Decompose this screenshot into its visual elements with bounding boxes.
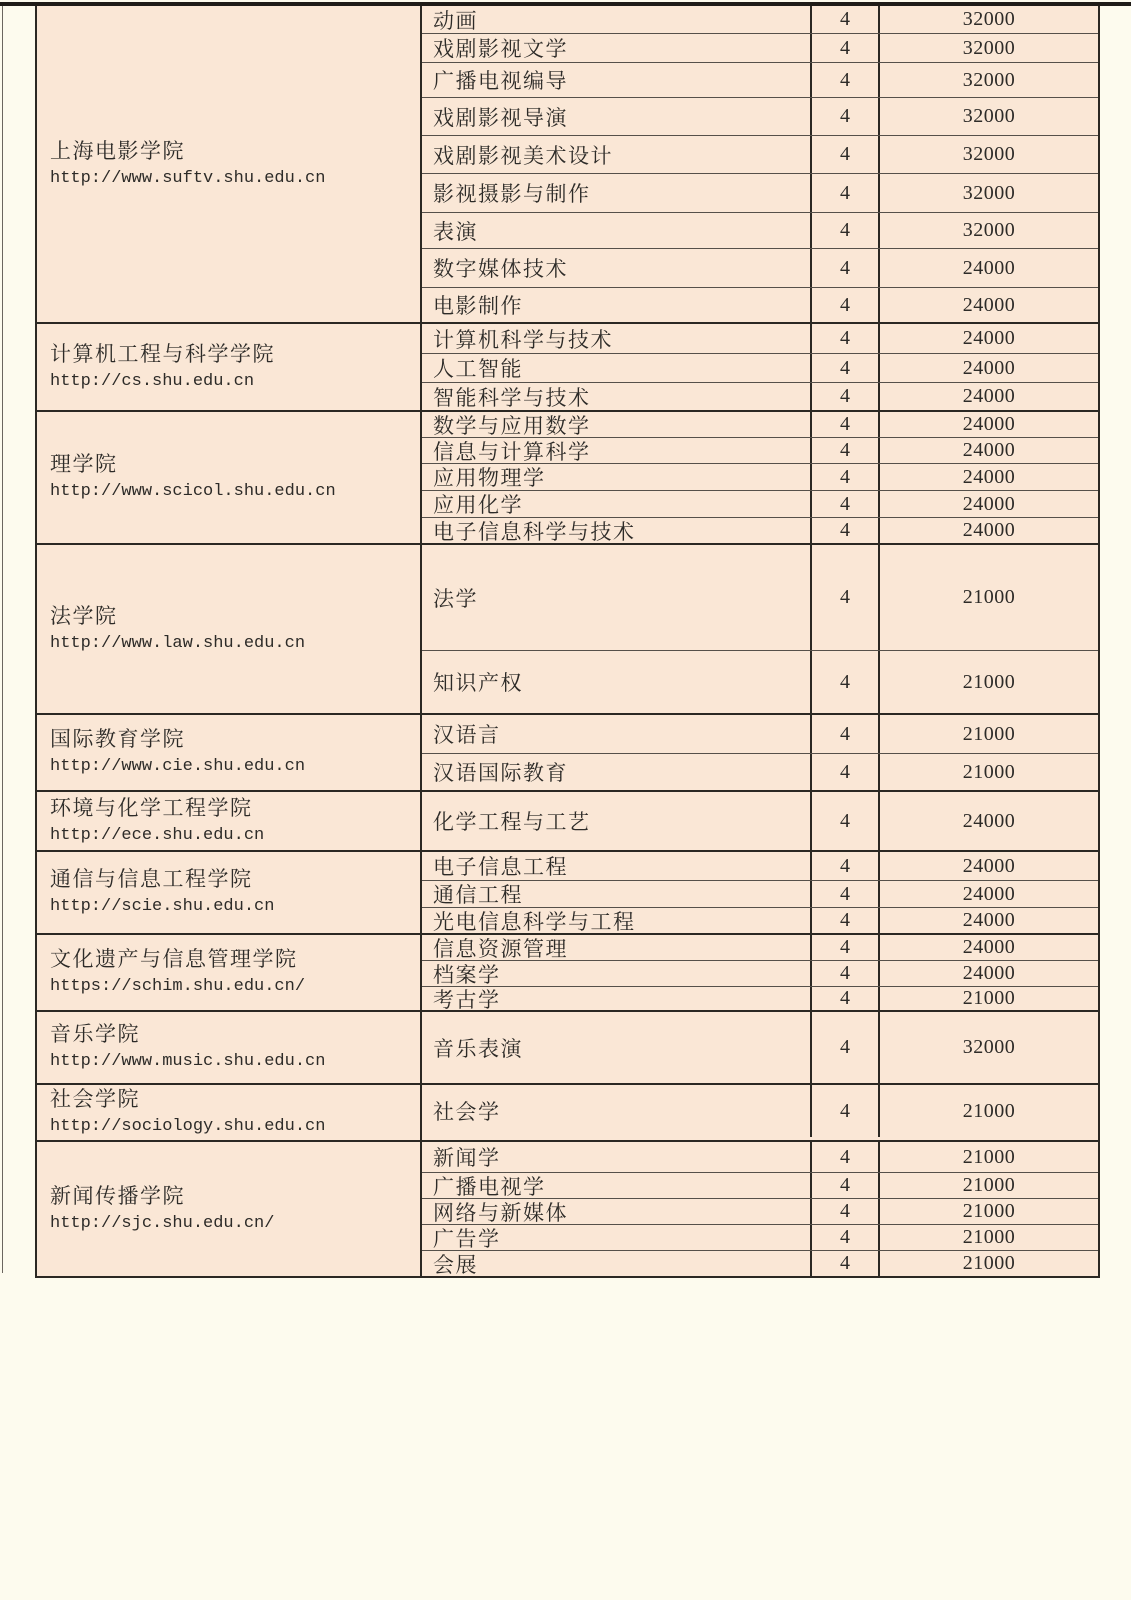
college-url-link[interactable]: http://sjc.shu.edu.cn/ bbox=[50, 1210, 414, 1237]
college-section: 社会学院http://sociology.shu.edu.cn社会学421000 bbox=[37, 1083, 1098, 1140]
major-rows: 汉语言421000汉语国际教育421000 bbox=[422, 715, 1098, 790]
fee-cell: 24000 bbox=[880, 438, 1098, 463]
duration-cell: 4 bbox=[812, 1251, 880, 1276]
college-name: 音乐学院 bbox=[50, 1020, 414, 1048]
duration-cell: 4 bbox=[812, 754, 880, 790]
fee-cell: 24000 bbox=[880, 324, 1098, 353]
duration-cell: 4 bbox=[812, 715, 880, 753]
major-row: 汉语国际教育421000 bbox=[422, 753, 1098, 790]
major-row: 会展421000 bbox=[422, 1250, 1098, 1276]
college-name: 理学院 bbox=[50, 450, 414, 478]
major-name-cell: 影视摄影与制作 bbox=[422, 174, 812, 212]
major-row: 光电信息科学与工程424000 bbox=[422, 907, 1098, 933]
fee-cell: 32000 bbox=[880, 1012, 1098, 1083]
major-rows: 电子信息工程424000通信工程424000光电信息科学与工程424000 bbox=[422, 852, 1098, 933]
major-rows: 化学工程与工艺424000 bbox=[422, 792, 1098, 850]
major-row: 电子信息科学与技术424000 bbox=[422, 517, 1098, 543]
college-section: 理学院http://www.scicol.shu.edu.cn数学与应用数学42… bbox=[37, 410, 1098, 543]
major-name-cell: 考古学 bbox=[422, 987, 812, 1010]
duration-cell: 4 bbox=[812, 6, 880, 33]
duration-cell: 4 bbox=[812, 438, 880, 463]
fee-cell: 32000 bbox=[880, 136, 1098, 173]
fee-cell: 24000 bbox=[880, 383, 1098, 410]
fee-cell: 24000 bbox=[880, 464, 1098, 490]
major-row: 应用化学424000 bbox=[422, 490, 1098, 517]
major-row: 广播电视学421000 bbox=[422, 1172, 1098, 1198]
major-name-cell: 应用化学 bbox=[422, 491, 812, 517]
college-url-link[interactable]: http://ece.shu.edu.cn bbox=[50, 822, 414, 849]
college-url-link[interactable]: http://cs.shu.edu.cn bbox=[50, 368, 414, 395]
major-row: 社会学421000 bbox=[422, 1085, 1098, 1137]
major-row: 智能科学与技术424000 bbox=[422, 382, 1098, 410]
college-name: 环境与化学工程学院 bbox=[50, 794, 414, 822]
duration-cell: 4 bbox=[812, 852, 880, 880]
fee-cell: 21000 bbox=[880, 1142, 1098, 1172]
duration-cell: 4 bbox=[812, 1142, 880, 1172]
duration-cell: 4 bbox=[812, 792, 880, 850]
fee-cell: 32000 bbox=[880, 98, 1098, 135]
fee-cell: 21000 bbox=[880, 754, 1098, 790]
duration-cell: 4 bbox=[812, 249, 880, 287]
duration-cell: 4 bbox=[812, 464, 880, 490]
college-name: 国际教育学院 bbox=[50, 725, 414, 753]
college-cell: 国际教育学院http://www.cie.shu.edu.cn bbox=[37, 715, 422, 790]
duration-cell: 4 bbox=[812, 1012, 880, 1083]
duration-cell: 4 bbox=[812, 1085, 880, 1137]
duration-cell: 4 bbox=[812, 491, 880, 517]
fee-cell: 24000 bbox=[880, 249, 1098, 287]
college-name: 文化遗产与信息管理学院 bbox=[50, 945, 414, 973]
major-rows: 新闻学421000广播电视学421000网络与新媒体421000广告学42100… bbox=[422, 1142, 1098, 1276]
page-left-edge-line bbox=[2, 6, 3, 1273]
fee-cell: 21000 bbox=[880, 1199, 1098, 1224]
major-row: 数学与应用数学424000 bbox=[422, 412, 1098, 437]
major-row: 通信工程424000 bbox=[422, 880, 1098, 907]
major-name-cell: 汉语言 bbox=[422, 715, 812, 753]
duration-cell: 4 bbox=[812, 354, 880, 382]
fee-cell: 24000 bbox=[880, 518, 1098, 543]
college-url-link[interactable]: http://www.suftv.shu.edu.cn bbox=[50, 165, 414, 192]
major-row: 戏剧影视文学432000 bbox=[422, 33, 1098, 62]
major-name-cell: 广播电视学 bbox=[422, 1173, 812, 1198]
fee-cell: 24000 bbox=[880, 881, 1098, 907]
major-rows: 音乐表演432000 bbox=[422, 1012, 1098, 1083]
college-section: 通信与信息工程学院http://scie.shu.edu.cn电子信息工程424… bbox=[37, 850, 1098, 933]
major-name-cell: 数字媒体技术 bbox=[422, 249, 812, 287]
major-row: 法学421000 bbox=[422, 545, 1098, 650]
fee-cell: 32000 bbox=[880, 174, 1098, 212]
major-name-cell: 电影制作 bbox=[422, 288, 812, 322]
fee-cell: 21000 bbox=[880, 545, 1098, 650]
college-section: 文化遗产与信息管理学院https://schim.shu.edu.cn/信息资源… bbox=[37, 933, 1098, 1010]
duration-cell: 4 bbox=[812, 545, 880, 650]
duration-cell: 4 bbox=[812, 935, 880, 960]
fee-cell: 24000 bbox=[880, 412, 1098, 437]
college-url-link[interactable]: http://scie.shu.edu.cn bbox=[50, 893, 414, 920]
major-name-cell: 表演 bbox=[422, 213, 812, 248]
fee-cell: 24000 bbox=[880, 908, 1098, 933]
duration-cell: 4 bbox=[812, 34, 880, 62]
major-row: 人工智能424000 bbox=[422, 353, 1098, 382]
major-name-cell: 电子信息科学与技术 bbox=[422, 518, 812, 543]
duration-cell: 4 bbox=[812, 288, 880, 322]
fee-cell: 32000 bbox=[880, 63, 1098, 97]
major-row: 广播电视编导432000 bbox=[422, 62, 1098, 97]
major-row: 电子信息工程424000 bbox=[422, 852, 1098, 880]
fee-cell: 32000 bbox=[880, 6, 1098, 33]
major-row: 应用物理学424000 bbox=[422, 463, 1098, 490]
major-rows: 社会学421000 bbox=[422, 1085, 1098, 1140]
duration-cell: 4 bbox=[812, 174, 880, 212]
major-row: 电影制作424000 bbox=[422, 287, 1098, 322]
major-name-cell: 人工智能 bbox=[422, 354, 812, 382]
fee-cell: 24000 bbox=[880, 961, 1098, 986]
major-row: 动画432000 bbox=[422, 6, 1098, 33]
major-rows: 数学与应用数学424000信息与计算科学424000应用物理学424000应用化… bbox=[422, 412, 1098, 543]
duration-cell: 4 bbox=[812, 987, 880, 1010]
major-name-cell: 档案学 bbox=[422, 961, 812, 986]
college-section: 法学院http://www.law.shu.edu.cn法学421000知识产权… bbox=[37, 543, 1098, 713]
college-url-link[interactable]: http://www.law.shu.edu.cn bbox=[50, 630, 414, 657]
major-rows: 法学421000知识产权421000 bbox=[422, 545, 1098, 713]
major-name-cell: 广告学 bbox=[422, 1225, 812, 1250]
fee-cell: 21000 bbox=[880, 651, 1098, 713]
college-name: 通信与信息工程学院 bbox=[50, 865, 414, 893]
major-name-cell: 网络与新媒体 bbox=[422, 1199, 812, 1224]
college-section: 国际教育学院http://www.cie.shu.edu.cn汉语言421000… bbox=[37, 713, 1098, 790]
college-name: 法学院 bbox=[50, 602, 414, 630]
major-row: 信息与计算科学424000 bbox=[422, 437, 1098, 463]
college-name: 计算机工程与科学学院 bbox=[50, 340, 414, 368]
major-row: 汉语言421000 bbox=[422, 715, 1098, 753]
major-name-cell: 电子信息工程 bbox=[422, 852, 812, 880]
fee-cell: 24000 bbox=[880, 792, 1098, 850]
major-name-cell: 法学 bbox=[422, 545, 812, 650]
fee-cell: 24000 bbox=[880, 935, 1098, 960]
major-name-cell: 戏剧影视美术设计 bbox=[422, 136, 812, 173]
college-url-link[interactable]: http://www.cie.shu.edu.cn bbox=[50, 753, 414, 780]
college-section: 上海电影学院http://www.suftv.shu.edu.cn动画43200… bbox=[37, 6, 1098, 322]
duration-cell: 4 bbox=[812, 961, 880, 986]
major-name-cell: 化学工程与工艺 bbox=[422, 792, 812, 850]
duration-cell: 4 bbox=[812, 651, 880, 713]
fee-cell: 24000 bbox=[880, 852, 1098, 880]
major-name-cell: 信息与计算科学 bbox=[422, 438, 812, 463]
major-row: 音乐表演432000 bbox=[422, 1012, 1098, 1083]
major-row: 知识产权421000 bbox=[422, 650, 1098, 713]
fee-cell: 21000 bbox=[880, 1173, 1098, 1198]
duration-cell: 4 bbox=[812, 1173, 880, 1198]
major-name-cell: 计算机科学与技术 bbox=[422, 324, 812, 353]
major-row: 信息资源管理424000 bbox=[422, 935, 1098, 960]
college-section: 计算机工程与科学学院http://cs.shu.edu.cn计算机科学与技术42… bbox=[37, 322, 1098, 410]
fee-cell: 24000 bbox=[880, 288, 1098, 322]
duration-cell: 4 bbox=[812, 908, 880, 933]
major-name-cell: 汉语国际教育 bbox=[422, 754, 812, 790]
college-url-link[interactable]: http://sociology.shu.edu.cn bbox=[50, 1113, 414, 1140]
college-section: 音乐学院http://www.music.shu.edu.cn音乐表演43200… bbox=[37, 1010, 1098, 1083]
major-row: 影视摄影与制作432000 bbox=[422, 173, 1098, 212]
duration-cell: 4 bbox=[812, 136, 880, 173]
major-name-cell: 数学与应用数学 bbox=[422, 412, 812, 437]
major-rows: 信息资源管理424000档案学424000考古学421000 bbox=[422, 935, 1098, 1010]
college-cell: 文化遗产与信息管理学院https://schim.shu.edu.cn/ bbox=[37, 935, 422, 1010]
college-name: 社会学院 bbox=[50, 1085, 414, 1113]
tuition-table: 上海电影学院http://www.suftv.shu.edu.cn动画43200… bbox=[35, 6, 1100, 1278]
college-name: 上海电影学院 bbox=[50, 137, 414, 165]
major-name-cell: 动画 bbox=[422, 6, 812, 33]
duration-cell: 4 bbox=[812, 1199, 880, 1224]
major-name-cell: 通信工程 bbox=[422, 881, 812, 907]
major-name-cell: 光电信息科学与工程 bbox=[422, 908, 812, 933]
fee-cell: 21000 bbox=[880, 715, 1098, 753]
major-name-cell: 智能科学与技术 bbox=[422, 383, 812, 410]
college-cell: 上海电影学院http://www.suftv.shu.edu.cn bbox=[37, 6, 422, 322]
major-row: 计算机科学与技术424000 bbox=[422, 324, 1098, 353]
college-url-link[interactable]: http://www.scicol.shu.edu.cn bbox=[50, 478, 414, 505]
fee-cell: 24000 bbox=[880, 354, 1098, 382]
major-row: 数字媒体技术424000 bbox=[422, 248, 1098, 287]
fee-cell: 32000 bbox=[880, 34, 1098, 62]
duration-cell: 4 bbox=[812, 1225, 880, 1250]
college-cell: 计算机工程与科学学院http://cs.shu.edu.cn bbox=[37, 324, 422, 410]
major-name-cell: 会展 bbox=[422, 1251, 812, 1276]
major-name-cell: 戏剧影视导演 bbox=[422, 98, 812, 135]
fee-cell: 24000 bbox=[880, 491, 1098, 517]
duration-cell: 4 bbox=[812, 98, 880, 135]
fee-cell: 21000 bbox=[880, 1085, 1098, 1137]
major-rows: 计算机科学与技术424000人工智能424000智能科学与技术424000 bbox=[422, 324, 1098, 410]
college-cell: 通信与信息工程学院http://scie.shu.edu.cn bbox=[37, 852, 422, 933]
major-row: 新闻学421000 bbox=[422, 1142, 1098, 1172]
major-row: 档案学424000 bbox=[422, 960, 1098, 986]
major-name-cell: 音乐表演 bbox=[422, 1012, 812, 1083]
college-url-link[interactable]: https://schim.shu.edu.cn/ bbox=[50, 973, 414, 1000]
college-cell: 社会学院http://sociology.shu.edu.cn bbox=[37, 1085, 422, 1140]
major-row: 表演432000 bbox=[422, 212, 1098, 248]
fee-cell: 21000 bbox=[880, 1251, 1098, 1276]
major-name-cell: 信息资源管理 bbox=[422, 935, 812, 960]
major-name-cell: 广播电视编导 bbox=[422, 63, 812, 97]
college-section: 环境与化学工程学院http://ece.shu.edu.cn化学工程与工艺424… bbox=[37, 790, 1098, 850]
duration-cell: 4 bbox=[812, 881, 880, 907]
college-cell: 音乐学院http://www.music.shu.edu.cn bbox=[37, 1012, 422, 1083]
duration-cell: 4 bbox=[812, 324, 880, 353]
duration-cell: 4 bbox=[812, 213, 880, 248]
major-name-cell: 知识产权 bbox=[422, 651, 812, 713]
duration-cell: 4 bbox=[812, 518, 880, 543]
major-rows: 动画432000戏剧影视文学432000广播电视编导432000戏剧影视导演43… bbox=[422, 6, 1098, 322]
duration-cell: 4 bbox=[812, 383, 880, 410]
major-name-cell: 应用物理学 bbox=[422, 464, 812, 490]
duration-cell: 4 bbox=[812, 412, 880, 437]
fee-cell: 32000 bbox=[880, 213, 1098, 248]
fee-cell: 21000 bbox=[880, 1225, 1098, 1250]
college-cell: 理学院http://www.scicol.shu.edu.cn bbox=[37, 412, 422, 543]
college-cell: 新闻传播学院http://sjc.shu.edu.cn/ bbox=[37, 1142, 422, 1276]
duration-cell: 4 bbox=[812, 63, 880, 97]
major-row: 广告学421000 bbox=[422, 1224, 1098, 1250]
major-name-cell: 社会学 bbox=[422, 1085, 812, 1137]
major-name-cell: 戏剧影视文学 bbox=[422, 34, 812, 62]
college-url-link[interactable]: http://www.music.shu.edu.cn bbox=[50, 1048, 414, 1075]
major-row: 戏剧影视美术设计432000 bbox=[422, 135, 1098, 173]
college-cell: 环境与化学工程学院http://ece.shu.edu.cn bbox=[37, 792, 422, 850]
college-section: 新闻传播学院http://sjc.shu.edu.cn/新闻学421000广播电… bbox=[37, 1140, 1098, 1276]
major-row: 考古学421000 bbox=[422, 986, 1098, 1010]
fee-cell: 21000 bbox=[880, 987, 1098, 1010]
college-name: 新闻传播学院 bbox=[50, 1182, 414, 1210]
major-name-cell: 新闻学 bbox=[422, 1142, 812, 1172]
college-cell: 法学院http://www.law.shu.edu.cn bbox=[37, 545, 422, 713]
major-row: 化学工程与工艺424000 bbox=[422, 792, 1098, 850]
major-row: 网络与新媒体421000 bbox=[422, 1198, 1098, 1224]
major-row: 戏剧影视导演432000 bbox=[422, 97, 1098, 135]
